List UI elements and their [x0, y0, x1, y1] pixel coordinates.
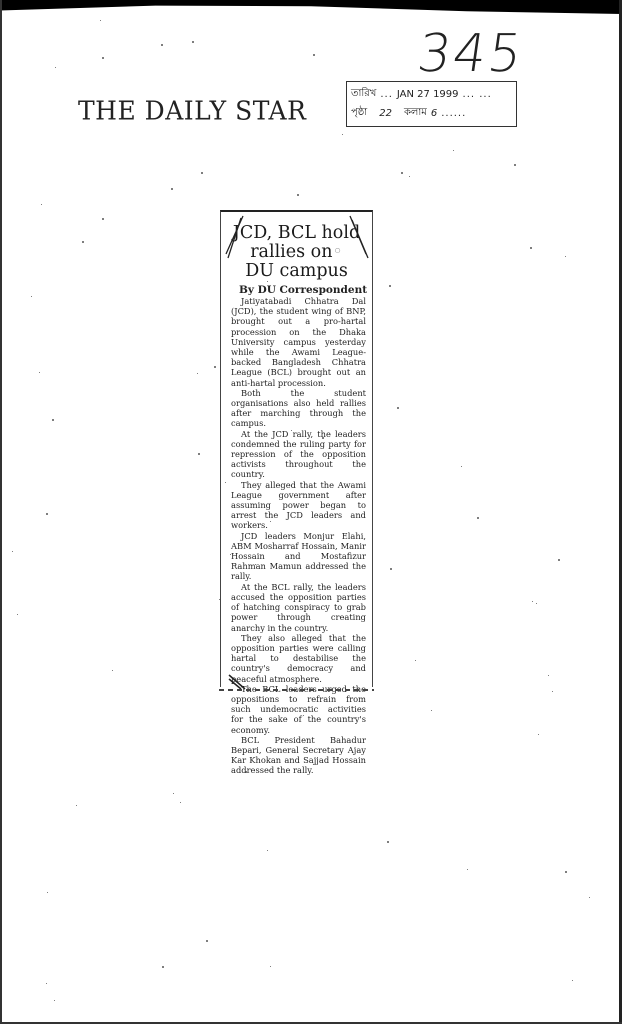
scan-speck	[201, 172, 203, 174]
scan-speck	[267, 281, 268, 282]
scan-speck	[431, 710, 432, 711]
scan-speck	[230, 554, 231, 555]
scan-speck	[291, 430, 292, 431]
article-paragraph: BCL President Bahadur Bepari, General Se…	[231, 735, 366, 776]
article-paragraph: The BCL leaders urged the oppositions to…	[231, 684, 366, 735]
scan-speck	[214, 366, 216, 368]
scan-speck	[245, 771, 247, 773]
scan-speck	[415, 660, 416, 661]
scan-speck	[219, 599, 220, 600]
scan-speck	[514, 164, 516, 166]
newspaper-clipping: JCD, BCL hold rallies on◦ DU campus By D…	[220, 210, 373, 687]
scan-speck	[17, 614, 18, 615]
scan-speck	[12, 551, 13, 552]
scan-speck	[102, 57, 104, 59]
article-paragraph: JCD leaders Monjur Elahi, ABM Mosharraf …	[231, 531, 366, 582]
scan-speck	[192, 41, 194, 43]
scan-speck	[477, 517, 479, 519]
scan-speck	[112, 670, 113, 671]
scan-speck	[54, 1000, 55, 1001]
handwritten-archive-number: 345	[414, 24, 528, 84]
scan-speck	[225, 482, 226, 483]
scan-speck	[536, 603, 537, 604]
stamp-page-label: পৃষ্ঠা	[351, 105, 367, 122]
scan-speck	[342, 134, 343, 135]
scan-speck	[76, 805, 77, 806]
stamp-column-value: 6	[431, 108, 437, 119]
corner-mark-top-left-icon	[223, 214, 245, 262]
stamp-page-value: 22	[379, 108, 392, 119]
stamp-date-label: তারিখ	[351, 86, 376, 103]
article-paragraph: Both the student organisations also held…	[231, 388, 366, 429]
scan-speck	[401, 172, 403, 174]
scan-speck	[206, 940, 208, 942]
stamp-column-label: কলাম	[404, 105, 427, 122]
corner-mark-bottom-left-icon	[227, 673, 249, 691]
stamp-date-row: তারিখ ... JAN 27 1999 ... ...	[351, 85, 512, 104]
scan-speck	[31, 296, 32, 297]
scan-speck	[303, 715, 304, 716]
article-paragraph: At the JCD rally, the leaders condemned …	[231, 429, 366, 480]
stamp-page-row: পৃষ্ঠা 22 কলাম 6 ......	[351, 104, 512, 123]
scan-speck	[271, 250, 273, 252]
scan-speck	[558, 559, 560, 561]
scan-speck	[538, 734, 539, 735]
stamp-date-value: JAN 27 1999	[397, 89, 459, 100]
scan-speck	[180, 802, 181, 803]
scan-speck	[297, 194, 299, 196]
scan-speck	[467, 869, 468, 870]
scan-speck	[532, 601, 533, 602]
scan-speck	[390, 568, 392, 570]
scan-speck	[102, 218, 104, 220]
scan-speck	[397, 407, 399, 409]
scan-speck	[41, 204, 42, 205]
scan-speck	[565, 256, 566, 257]
scan-speck	[55, 67, 56, 68]
scan-speck	[589, 897, 590, 898]
scan-speck	[162, 966, 164, 968]
scan-speck	[389, 285, 391, 287]
archive-stamp: তারিখ ... JAN 27 1999 ... ... পৃষ্ঠা 22 …	[346, 81, 517, 127]
scan-speck	[270, 966, 271, 967]
article-paragraph: They also alleged that the opposition pa…	[231, 633, 366, 684]
scan-speck	[565, 871, 567, 873]
scan-speck	[387, 841, 389, 843]
article-paragraph: At the BCL rally, the leaders accused th…	[231, 582, 366, 633]
scan-speck	[267, 850, 268, 851]
scan-speck	[100, 20, 101, 21]
scan-speck	[82, 241, 84, 243]
scan-speck	[461, 466, 462, 467]
scan-speck	[161, 44, 163, 46]
newspaper-masthead: THE DAILY STAR	[78, 95, 306, 125]
scan-speck	[47, 892, 48, 893]
scan-speck	[39, 372, 40, 373]
scan-speck	[409, 176, 410, 177]
scan-speck	[46, 513, 48, 515]
corner-mark-top-right-icon	[348, 214, 370, 262]
scan-top-edge	[0, 0, 622, 14]
article-paragraph: They alleged that the Awami League gover…	[231, 480, 366, 531]
scan-speck	[322, 437, 324, 439]
scan-speck	[197, 373, 198, 374]
article-byline: By DU Correspondent	[239, 284, 372, 296]
scan-speck	[46, 983, 47, 984]
scan-left-edge	[0, 0, 2, 1024]
scan-speck	[173, 793, 174, 794]
article-body: Jatiyatabadi Chhatra Dal (JCD), the stud…	[231, 296, 366, 776]
scan-speck	[255, 564, 256, 565]
scan-speck	[453, 150, 454, 151]
scan-speck	[530, 247, 532, 249]
scan-speck	[198, 453, 200, 455]
article-paragraph: Jatiyatabadi Chhatra Dal (JCD), the stud…	[231, 296, 366, 388]
scan-speck	[548, 675, 549, 676]
scan-speck	[552, 691, 553, 692]
scan-speck	[171, 188, 173, 190]
scan-speck	[313, 54, 315, 56]
scan-speck	[52, 419, 54, 421]
scan-speck	[287, 253, 289, 255]
scan-speck	[270, 521, 271, 522]
scan-speck	[572, 980, 573, 981]
scan-speck	[240, 699, 241, 700]
